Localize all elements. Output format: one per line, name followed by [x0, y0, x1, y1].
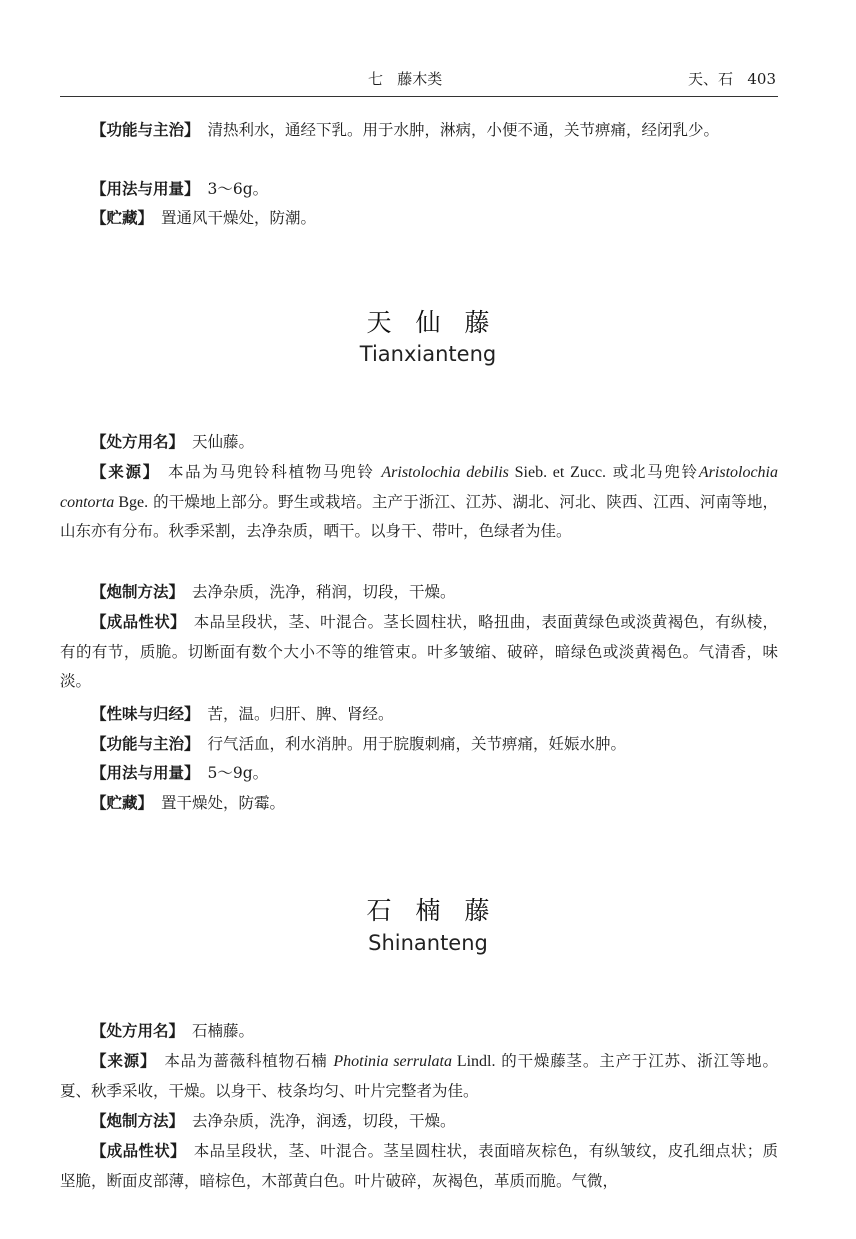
processing-paragraph: 【炮制方法】去净杂质，洗净，稍润，切段，干燥。 [60, 578, 778, 608]
source-text: 的干燥地上部分。野生或栽培。主产于浙江、江苏、湖北、河北、陕西、江西、河南等地，… [60, 493, 778, 541]
section-label: 【用法与用量】 [91, 764, 200, 782]
nature-paragraph: 【性味与归经】苦，温。归肝、脾、肾经。 [60, 700, 778, 730]
prev-storage-paragraph: 【贮藏】置通风干燥处，防潮。 [60, 204, 778, 234]
function-paragraph: 【功能与主治】行气活血，利水消肿。用于脘腹刺痛，关节痹痛，妊娠水肿。 [60, 730, 778, 760]
section-text: 置干燥处，防霉。 [161, 794, 285, 812]
prescription-name-paragraph: 【处方用名】天仙藤。 [60, 428, 778, 458]
section-label: 【贮藏】 [91, 794, 153, 812]
header-right: 天、石 403 [688, 68, 776, 89]
latin-author: Bge. [114, 494, 148, 511]
product-paragraph: 【成品性状】本品呈段状，茎、叶混合。茎长圆柱状，略扭曲，表面黄绿色或淡黄褐色，有… [60, 608, 778, 697]
source-text: 本品为马兜铃科植物马兜铃 [168, 463, 381, 481]
dosage-paragraph: 【用法与用量】5～9g。 [60, 759, 778, 789]
section-range: 天、石 [688, 70, 733, 88]
section-label: 【来源】 [91, 463, 160, 481]
section-label: 【功能与主治】 [91, 735, 200, 753]
section-text: 天仙藤。 [192, 433, 254, 451]
section-label: 【贮藏】 [91, 209, 153, 227]
prev-function-paragraph: 【功能与主治】清热利水，通经下乳。用于水肿，淋病，小便不通，关节痹痛，经闭乳少。 [60, 116, 778, 146]
running-header: 七 藤木类 天、石 403 [60, 68, 776, 94]
source-text: 本品为蔷薇科植物石楠 [164, 1052, 333, 1070]
section-text: 清热利水，通经下乳。用于水肿，淋病，小便不通，关节痹痛，经闭乳少。 [208, 121, 720, 139]
section-label: 【炮制方法】 [91, 1112, 184, 1130]
entry-pinyin: Tianxianteng [0, 342, 856, 366]
section-text: 5～9g。 [208, 764, 269, 782]
section-text: 苦，温。归肝、脾、肾经。 [208, 705, 394, 723]
entry-title: 石楠藤 [0, 891, 856, 927]
section-text: 置通风干燥处，防潮。 [161, 209, 316, 227]
book-page: 七 藤木类 天、石 403 【功能与主治】清热利水，通经下乳。用于水肿，淋病，小… [0, 0, 856, 1239]
section-label: 【炮制方法】 [91, 583, 184, 601]
storage-paragraph: 【贮藏】置干燥处，防霉。 [60, 789, 778, 819]
header-rule [60, 96, 778, 97]
chapter-title: 七 藤木类 [368, 68, 442, 89]
latin-author: Lindl. [452, 1053, 496, 1070]
source-text: 或北马兜铃 [606, 463, 699, 481]
section-text: 行气活血，利水消肿。用于脘腹刺痛，关节痹痛，妊娠水肿。 [208, 735, 627, 753]
section-label: 【功能与主治】 [91, 121, 200, 139]
prescription-name-paragraph: 【处方用名】石楠藤。 [60, 1017, 778, 1047]
page-number: 403 [747, 70, 776, 88]
section-label: 【来源】 [91, 1052, 156, 1070]
source-paragraph: 【来源】本品为蔷薇科植物石楠 Photinia serrulata Lindl.… [60, 1047, 778, 1106]
section-text: 3～6g。 [208, 180, 269, 198]
section-label: 【成品性状】 [91, 613, 186, 631]
section-text: 石楠藤。 [192, 1022, 254, 1040]
entry-title: 天仙藤 [0, 303, 856, 339]
source-paragraph: 【来源】本品为马兜铃科植物马兜铃 Aristolochia debilis Si… [60, 458, 778, 547]
section-text: 去净杂质，洗净，润透，切段，干燥。 [192, 1112, 456, 1130]
section-label: 【处方用名】 [91, 1022, 184, 1040]
section-text: 去净杂质，洗净，稍润，切段，干燥。 [192, 583, 456, 601]
product-paragraph: 【成品性状】本品呈段状，茎、叶混合。茎呈圆柱状，表面暗灰棕色，有纵皱纹，皮孔细点… [60, 1137, 778, 1196]
latin-name: Photinia serrulata [333, 1053, 452, 1070]
prev-dosage-paragraph: 【用法与用量】3～6g。 [60, 175, 778, 205]
latin-name: Aristolochia debilis [381, 464, 509, 481]
entry-pinyin: Shinanteng [0, 931, 856, 955]
latin-author: Sieb. et Zucc. [509, 464, 606, 481]
processing-paragraph: 【炮制方法】去净杂质，洗净，润透，切段，干燥。 [60, 1107, 778, 1137]
section-label: 【处方用名】 [91, 433, 184, 451]
section-label: 【用法与用量】 [91, 180, 200, 198]
section-label: 【性味与归经】 [91, 705, 200, 723]
section-label: 【成品性状】 [91, 1142, 186, 1160]
